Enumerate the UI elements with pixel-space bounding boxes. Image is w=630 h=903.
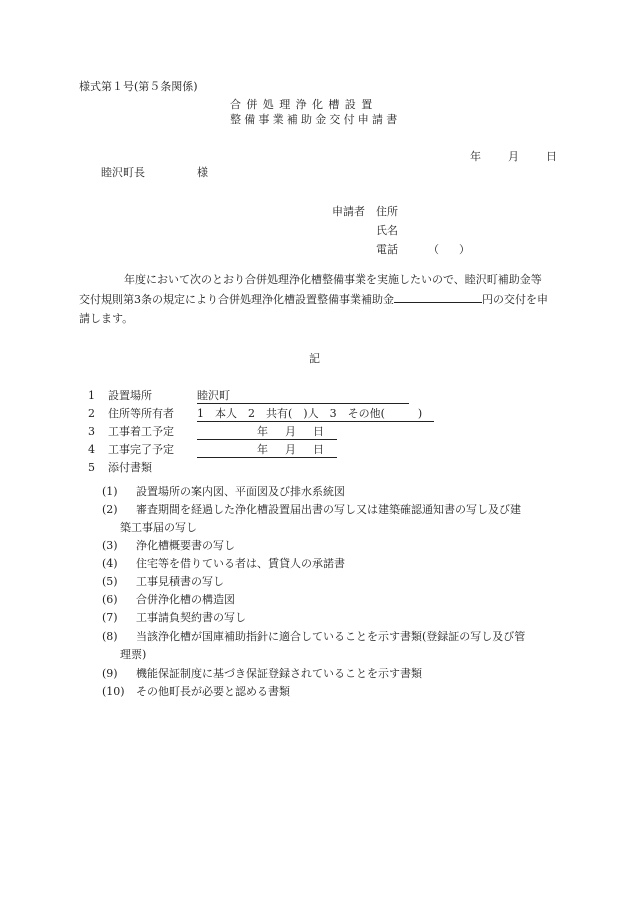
attachment-item: (8)当該浄化槽が国庫補助指針に適合していることを示す書類(登録証の写し及び管理… (102, 630, 542, 662)
item-end: 4工事完了予定年月日 (88, 443, 337, 458)
attachment-item: (1)設置場所の案内図、平面図及び排水系統図 (102, 485, 345, 499)
attachment-item: (10)その他町長が必要と認める書類 (102, 685, 290, 699)
item-num: 1 (88, 389, 108, 403)
item-label: 住所等所有者 (108, 407, 197, 421)
applicant-phone: 電話（） (376, 243, 470, 257)
attachment-item: (4)住宅等を借りている者は、賃貸人の承諾書 (102, 557, 345, 571)
phone-close-paren: ） (459, 243, 470, 256)
item-num: 4 (88, 443, 108, 457)
item-end-date: 年月日 (197, 443, 337, 458)
date-day: 日 (546, 150, 557, 164)
body-yen: 円 (482, 293, 493, 306)
attachment-item: (5)工事見積書の写し (102, 575, 224, 589)
item-label: 工事完了予定 (108, 443, 197, 457)
item-owner-value: 1 本人 2 共有( )人 3 その他( ) (197, 407, 434, 422)
item-start: 3工事着工予定年月日 (88, 425, 337, 440)
attachment-item: (6)合併浄化槽の構造図 (102, 593, 235, 607)
date-month: 月 (508, 150, 546, 164)
item-num: 5 (88, 461, 108, 475)
addressee-honorific: 様 (197, 166, 208, 179)
title-line-1: 合併処理浄化槽設置 (230, 98, 378, 112)
applicant-phone-label: 電話 (376, 243, 398, 256)
item-owner: 2住所等所有者1 本人 2 共有( )人 3 その他( ) (88, 407, 434, 422)
attachment-item: (7)工事請負契約書の写し (102, 611, 246, 625)
ki-heading: 記 (309, 352, 320, 366)
applicant-address-label: 住所 (376, 205, 398, 219)
applicant-label: 申請者 (332, 205, 365, 219)
item-num: 3 (88, 425, 108, 439)
item-attachments: 5添付書類 (88, 461, 152, 475)
attachment-item: (2)審査期間を経過した浄化槽設置届出書の写し又は建築確認通知書の写し及び建築工… (102, 503, 542, 535)
item-label: 設置場所 (108, 389, 197, 403)
item-num: 2 (88, 407, 108, 421)
applicant-name-label: 氏名 (376, 224, 398, 238)
item-location-value: 睦沢町 (197, 389, 409, 404)
form-number: 様式第１号(第５条関係) (79, 80, 198, 94)
item-location: 1設置場所睦沢町 (88, 389, 409, 404)
item-label: 工事着工予定 (108, 425, 197, 439)
date-row: 年月日 (470, 150, 557, 164)
body-text: 年度において次のとおり合併処理浄化槽整備事業を実施したいので、睦沢町補助金等交付… (79, 270, 549, 329)
attachment-item: (9)機能保証制度に基づき保証登録されていることを示す書類 (102, 667, 422, 681)
attachment-item: (3)浄化槽概要書の写し (102, 539, 235, 553)
date-year: 年 (470, 150, 508, 164)
item-label: 添付書類 (108, 461, 152, 474)
addressee-name: 睦沢町長 (101, 166, 145, 179)
phone-open-paren: （ (428, 243, 439, 256)
title-line-2: 整備事業補助金交付申請書 (230, 113, 400, 127)
addressee: 睦沢町長様 (101, 166, 208, 180)
amount-blank (394, 290, 482, 303)
item-start-date: 年月日 (197, 425, 337, 440)
